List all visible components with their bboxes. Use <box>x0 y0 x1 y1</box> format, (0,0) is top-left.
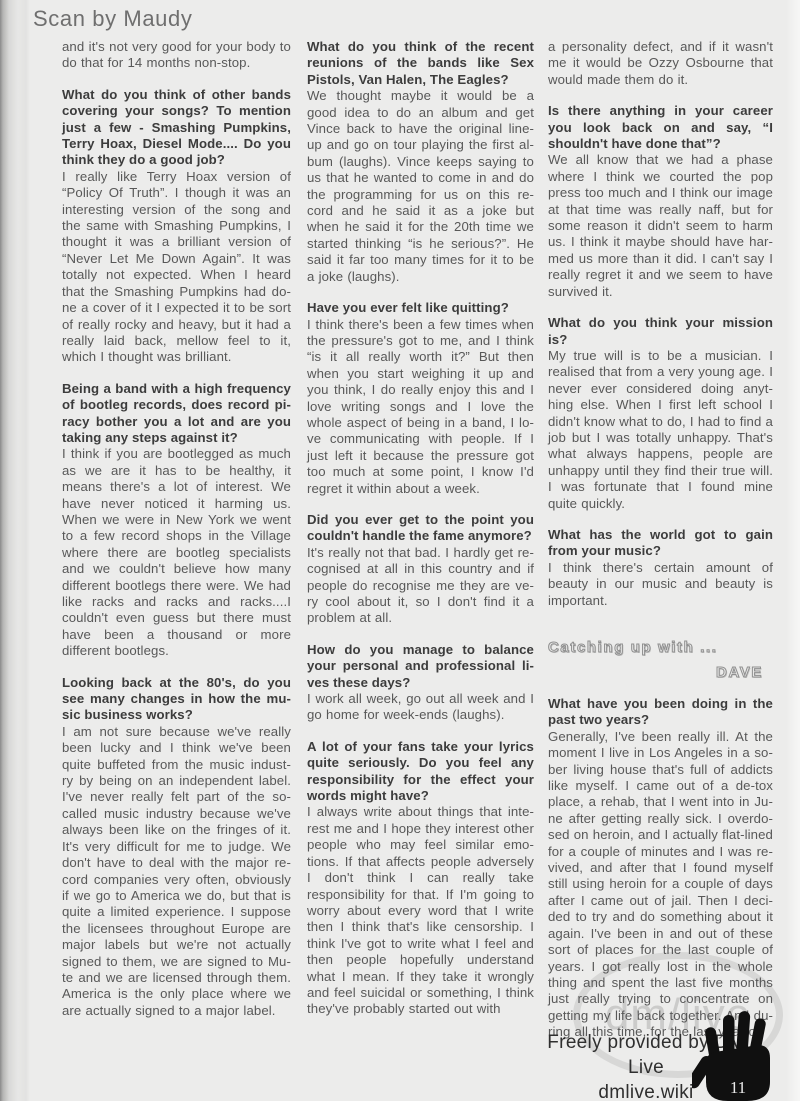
hand-icon: 11 <box>692 1010 778 1101</box>
interview-question: Looking back at the 80's, do you see man… <box>62 675 291 724</box>
interview-question: What do you think of the recent reunions… <box>307 39 534 88</box>
scan-right-edge <box>786 0 800 1101</box>
qa-block: A lot of your fans take your lyrics quit… <box>307 739 534 1018</box>
qa-block: What do you think of the recent reunions… <box>307 39 534 285</box>
qa-block: What do you think of other bands coverin… <box>62 87 291 366</box>
interview-question: What do you think of other bands coverin… <box>62 87 291 169</box>
column-1: and it's not very good for your body to … <box>62 39 291 1019</box>
qa-block: What do you think your mission is? My tr… <box>548 315 773 512</box>
column-2: What do you think of the recent reunions… <box>307 39 534 1018</box>
interview-answer: I think there's been a few times when th… <box>307 317 534 497</box>
qa-block: What have you been doing in the past two… <box>548 696 773 1041</box>
hand-silhouette-graphic: 11 <box>692 1010 778 1101</box>
column-3: a personality defect, and if it wasn't m… <box>548 39 773 1041</box>
interview-answer: I work all week, go out all week and I g… <box>307 691 534 724</box>
interview-question: What have you been doing in the past two… <box>548 696 773 729</box>
qa-block: What has the world got to gain from your… <box>548 527 773 609</box>
continued-paragraph: and it's not very good for your body to … <box>62 39 291 72</box>
interview-question: Being a band with a high frequency of bo… <box>62 381 291 447</box>
interview-answer: I think if you are bootlegged as much as… <box>62 446 291 659</box>
scanned-magazine-page: Scan by Maudy dm/live and it's not very … <box>0 0 800 1101</box>
interview-answer: I really like Terry Hoax version of “Pol… <box>62 169 291 366</box>
interview-answer: I am not sure because we've really been … <box>62 724 291 1019</box>
page-number: 11 <box>730 1078 746 1097</box>
scan-left-edge <box>0 0 30 1101</box>
qa-block: Looking back at the 80's, do you see man… <box>62 675 291 1020</box>
interview-answer: My true will is to be a musician. I real… <box>548 348 773 512</box>
interview-question: How do you manage to balance your person… <box>307 642 534 691</box>
interview-answer: It's really not that bad. I hardly get r… <box>307 545 534 627</box>
qa-block: Have you ever felt like quitting? I thin… <box>307 300 534 497</box>
interview-answer: We thought maybe it would be a good idea… <box>307 88 534 285</box>
scan-credit: Scan by Maudy <box>33 6 192 32</box>
section-title: Catching up with ... <box>548 639 773 656</box>
interview-question: Is there anything in your career you loo… <box>548 103 773 152</box>
interview-question: A lot of your fans take your lyrics quit… <box>307 739 534 805</box>
interview-answer: I always write about things that inte-re… <box>307 804 534 1017</box>
interview-question: Did you ever get to the point you couldn… <box>307 512 534 545</box>
interview-question: Have you ever felt like quitting? <box>307 300 534 316</box>
interview-question: What do you think your mission is? <box>548 315 773 348</box>
interviewee-name: DAVE <box>548 664 773 681</box>
continued-paragraph: a personality defect, and if it wasn't m… <box>548 39 773 88</box>
interview-answer: Generally, I've been really ill. At the … <box>548 729 773 1041</box>
interview-answer: We all know that we had a phase where I … <box>548 152 773 300</box>
section-header: Catching up with ... DAVE <box>548 639 773 681</box>
qa-block: Being a band with a high frequency of bo… <box>62 381 291 660</box>
qa-block: Did you ever get to the point you couldn… <box>307 512 534 627</box>
qa-block: Is there anything in your career you loo… <box>548 103 773 300</box>
interview-answer: I think there's certain amount of beauty… <box>548 560 773 609</box>
interview-question: What has the world got to gain from your… <box>548 527 773 560</box>
qa-block: How do you manage to balance your person… <box>307 642 534 724</box>
